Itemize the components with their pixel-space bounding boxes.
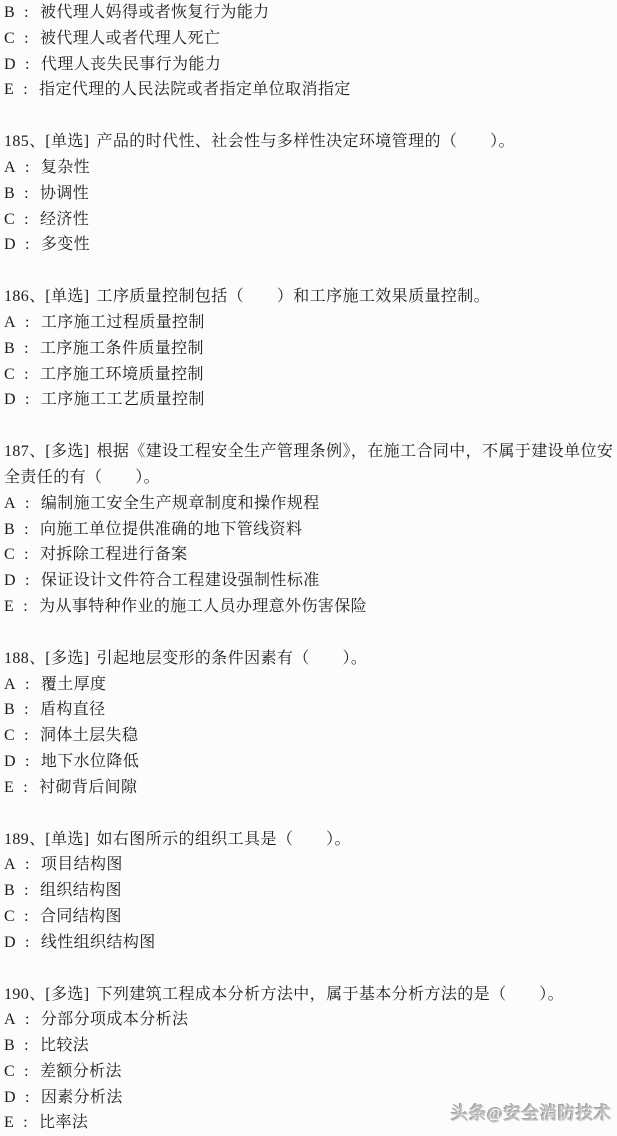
option-colon: : [24,181,29,207]
option-colon: : [24,542,29,568]
option-line: C:洞体土层失稳 [4,723,615,749]
option-label: D [4,232,16,258]
option-colon: : [24,1059,29,1085]
question-number-separator: 、 [29,133,45,150]
question-stem: 下列建筑工程成本分析方法中，属于基本分析方法的是（ ）。 [96,986,564,1003]
question-block: 185、[单选]产品的时代性、社会性与多样性决定环境管理的（ ）。 A:复杂性 … [4,129,615,258]
option-label: C [4,362,15,388]
option-colon: : [25,310,30,336]
option-colon: : [25,852,30,878]
question-options: A:工序施工过程质量控制 B:工序施工条件质量控制 C:工序施工环境质量控制 D… [4,310,615,413]
option-colon: : [25,749,30,775]
option-colon: : [25,930,30,956]
question-header: 188、[多选]引起地层变形的条件因素有（ ）。 [4,646,615,672]
question-block: 188、[多选]引起地层变形的条件因素有（ ）。 A:覆土厚度 B:盾构直径 C… [4,646,615,801]
question-list: 185、[单选]产品的时代性、社会性与多样性决定环境管理的（ ）。 A:复杂性 … [4,129,615,1136]
option-text: 保证设计文件符合工程建设强制性标准 [41,572,320,589]
option-label: A [4,672,16,698]
option-text: 分部分项成本分析法 [41,1011,189,1028]
question-number: 190 [4,986,29,1003]
question-type-badge: [单选] [45,133,89,150]
option-colon: : [23,77,28,103]
option-text: 组织结构图 [40,882,122,899]
option-colon: : [25,1085,30,1111]
question-stem: 根据《建设工程安全生产管理条例》，在施工合同中，不属于建设单位安全责任的有（ ）… [4,443,613,486]
option-label: B [4,697,15,723]
option-text: 代理人丧失民事行为能力 [41,56,221,73]
option-line: D:代理人丧失民事行为能力 [4,52,615,78]
option-label: D [4,749,16,775]
option-colon: : [25,52,30,78]
option-text: 多变性 [41,236,90,253]
option-line: C:工序施工环境质量控制 [4,362,615,388]
question-stem: 引起地层变形的条件因素有（ ）。 [96,650,367,667]
option-colon: : [23,775,28,801]
option-label: C [4,904,15,930]
option-text: 盾构直径 [40,701,106,718]
option-line: A:分部分项成本分析法 [4,1007,615,1033]
option-colon: : [24,517,29,543]
option-colon: : [24,26,29,52]
option-text: 比较法 [40,1037,89,1054]
option-text: 比率法 [39,1114,88,1131]
option-text: 经济性 [40,211,89,228]
option-label: B [4,517,15,543]
option-line: D:地下水位降低 [4,749,615,775]
option-colon: : [25,491,30,517]
option-line: A:工序施工过程质量控制 [4,310,615,336]
option-label: C [4,207,15,233]
option-text: 向施工单位提供准确的地下管线资料 [40,521,302,538]
option-colon: : [24,878,29,904]
question-header: 187、[多选]根据《建设工程安全生产管理条例》，在施工合同中，不属于建设单位安… [4,439,615,491]
question-number-separator: 、 [29,443,45,460]
option-text: 指定代理的人民法院或者指定单位取消指定 [39,81,351,98]
option-text: 因素分析法 [41,1089,123,1106]
option-line: B:向施工单位提供准确的地下管线资料 [4,517,615,543]
question-number: 189 [4,831,29,848]
option-text: 复杂性 [41,159,90,176]
option-line: C:经济性 [4,207,615,233]
question-type-badge: [多选] [45,986,89,1003]
option-text: 工序施工环境质量控制 [40,366,204,383]
option-line: C:合同结构图 [4,904,615,930]
option-colon: : [24,1033,29,1059]
option-text: 编制施工安全生产规章制度和操作规程 [41,495,320,512]
option-line: B:被代理人妈得或者恢复行为能力 [4,0,615,26]
question-stem: 工序质量控制包括（ ）和工序施工效果质量控制。 [96,288,490,305]
option-text: 合同结构图 [40,908,122,925]
option-line: C:差额分析法 [4,1059,615,1085]
question-block: 189、[单选]如右图所示的组织工具是（ ）。 A:项目结构图 B:组织结构图 … [4,827,615,956]
option-text: 衬砌背后间隙 [39,779,137,796]
option-line: D:多变性 [4,232,615,258]
option-label: D [4,930,16,956]
option-label: B [4,181,15,207]
watermark: 头条@安全消防技术 [451,1099,612,1124]
option-line: C:被代理人或者代理人死亡 [4,26,615,52]
option-text: 被代理人妈得或者恢复行为能力 [40,4,270,21]
option-text: 为从事特种作业的施工人员办理意外伤害保险 [39,598,367,615]
option-label: C [4,1059,15,1085]
option-line: D:线性组织结构图 [4,930,615,956]
option-text: 对拆除工程进行备案 [40,546,188,563]
option-label: D [4,1085,16,1111]
option-label: A [4,310,16,336]
question-options: A:复杂性 B:协调性 C:经济性 D:多变性 [4,155,615,258]
option-colon: : [25,155,30,181]
question-type-badge: [多选] [45,650,89,667]
option-line: E:指定代理的人民法院或者指定单位取消指定 [4,77,615,103]
option-line: B:盾构直径 [4,697,615,723]
option-text: 工序施工工艺质量控制 [41,391,205,408]
question-type-badge: [多选] [45,443,89,460]
option-line: A:覆土厚度 [4,672,615,698]
question-number: 186 [4,288,29,305]
option-text: 覆土厚度 [41,676,107,693]
option-label: B [4,878,15,904]
option-label: E [4,594,14,620]
question-block: 187、[多选]根据《建设工程安全生产管理条例》，在施工合同中，不属于建设单位安… [4,439,615,620]
option-colon: : [25,232,30,258]
option-text: 协调性 [40,185,89,202]
option-label: D [4,52,16,78]
option-line: B:工序施工条件质量控制 [4,336,615,362]
option-label: E [4,1110,14,1136]
option-colon: : [24,207,29,233]
question-stem: 如右图所示的组织工具是（ ）。 [96,831,350,848]
option-line: A:编制施工安全生产规章制度和操作规程 [4,491,615,517]
option-text: 工序施工过程质量控制 [41,314,205,331]
option-line: A:复杂性 [4,155,615,181]
question-header: 190、[多选]下列建筑工程成本分析方法中，属于基本分析方法的是（ ）。 [4,982,615,1008]
option-line: B:协调性 [4,181,615,207]
option-colon: : [25,568,30,594]
question-number: 187 [4,443,29,460]
option-text: 差额分析法 [40,1063,122,1080]
option-label: C [4,542,15,568]
option-line: B:组织结构图 [4,878,615,904]
option-label: A [4,852,16,878]
option-text: 地下水位降低 [41,753,139,770]
question-header: 186、[单选]工序质量控制包括（ ）和工序施工效果质量控制。 [4,284,615,310]
option-label: C [4,26,15,52]
question-number-separator: 、 [29,650,45,667]
option-colon: : [24,723,29,749]
question-header: 185、[单选]产品的时代性、社会性与多样性决定环境管理的（ ）。 [4,129,615,155]
option-label: C [4,723,15,749]
option-colon: : [24,904,29,930]
question-type-badge: [单选] [45,288,89,305]
option-label: B [4,1033,15,1059]
option-text: 项目结构图 [41,856,123,873]
question-block: 186、[单选]工序质量控制包括（ ）和工序施工效果质量控制。 A:工序施工过程… [4,284,615,413]
question-options: A:编制施工安全生产规章制度和操作规程 B:向施工单位提供准确的地下管线资料 C… [4,491,615,620]
question-options: A:覆土厚度 B:盾构直径 C:洞体土层失稳 D:地下水位降低 E:衬砌背后间隙 [4,672,615,801]
option-colon: : [24,0,29,26]
question-number-separator: 、 [29,831,45,848]
option-colon: : [24,697,29,723]
carryover-options: B:被代理人妈得或者恢复行为能力 C:被代理人或者代理人死亡 D:代理人丧失民事… [4,0,615,103]
option-line: D:工序施工工艺质量控制 [4,387,615,413]
question-options: A:项目结构图 B:组织结构图 C:合同结构图 D:线性组织结构图 [4,852,615,955]
option-line: C:对拆除工程进行备案 [4,542,615,568]
option-label: A [4,1007,16,1033]
option-text: 工序施工条件质量控制 [40,340,204,357]
option-line: A:项目结构图 [4,852,615,878]
option-label: A [4,491,16,517]
option-colon: : [24,336,29,362]
option-text: 被代理人或者代理人死亡 [40,30,220,47]
option-text: 线性组织结构图 [41,934,156,951]
option-label: A [4,155,16,181]
option-line: E:为从事特种作业的施工人员办理意外伤害保险 [4,594,615,620]
option-label: B [4,0,15,26]
question-header: 189、[单选]如右图所示的组织工具是（ ）。 [4,827,615,853]
question-type-badge: [单选] [45,831,89,848]
option-line: E:衬砌背后间隙 [4,775,615,801]
option-colon: : [25,672,30,698]
option-label: B [4,336,15,362]
question-number: 185 [4,133,29,150]
question-number-separator: 、 [29,986,45,1003]
option-label: E [4,77,14,103]
option-label: D [4,568,16,594]
option-colon: : [24,362,29,388]
option-colon: : [23,594,28,620]
option-label: D [4,387,16,413]
option-text: 洞体土层失稳 [40,727,138,744]
question-number-separator: 、 [29,288,45,305]
option-colon: : [25,387,30,413]
question-stem: 产品的时代性、社会性与多样性决定环境管理的（ ）。 [96,133,514,150]
question-number: 188 [4,650,29,667]
option-colon: : [23,1110,28,1136]
option-label: E [4,775,14,801]
option-line: D:保证设计文件符合工程建设强制性标准 [4,568,615,594]
question-document: B:被代理人妈得或者恢复行为能力 C:被代理人或者代理人死亡 D:代理人丧失民事… [0,0,617,1136]
option-line: B:比较法 [4,1033,615,1059]
option-colon: : [25,1007,30,1033]
